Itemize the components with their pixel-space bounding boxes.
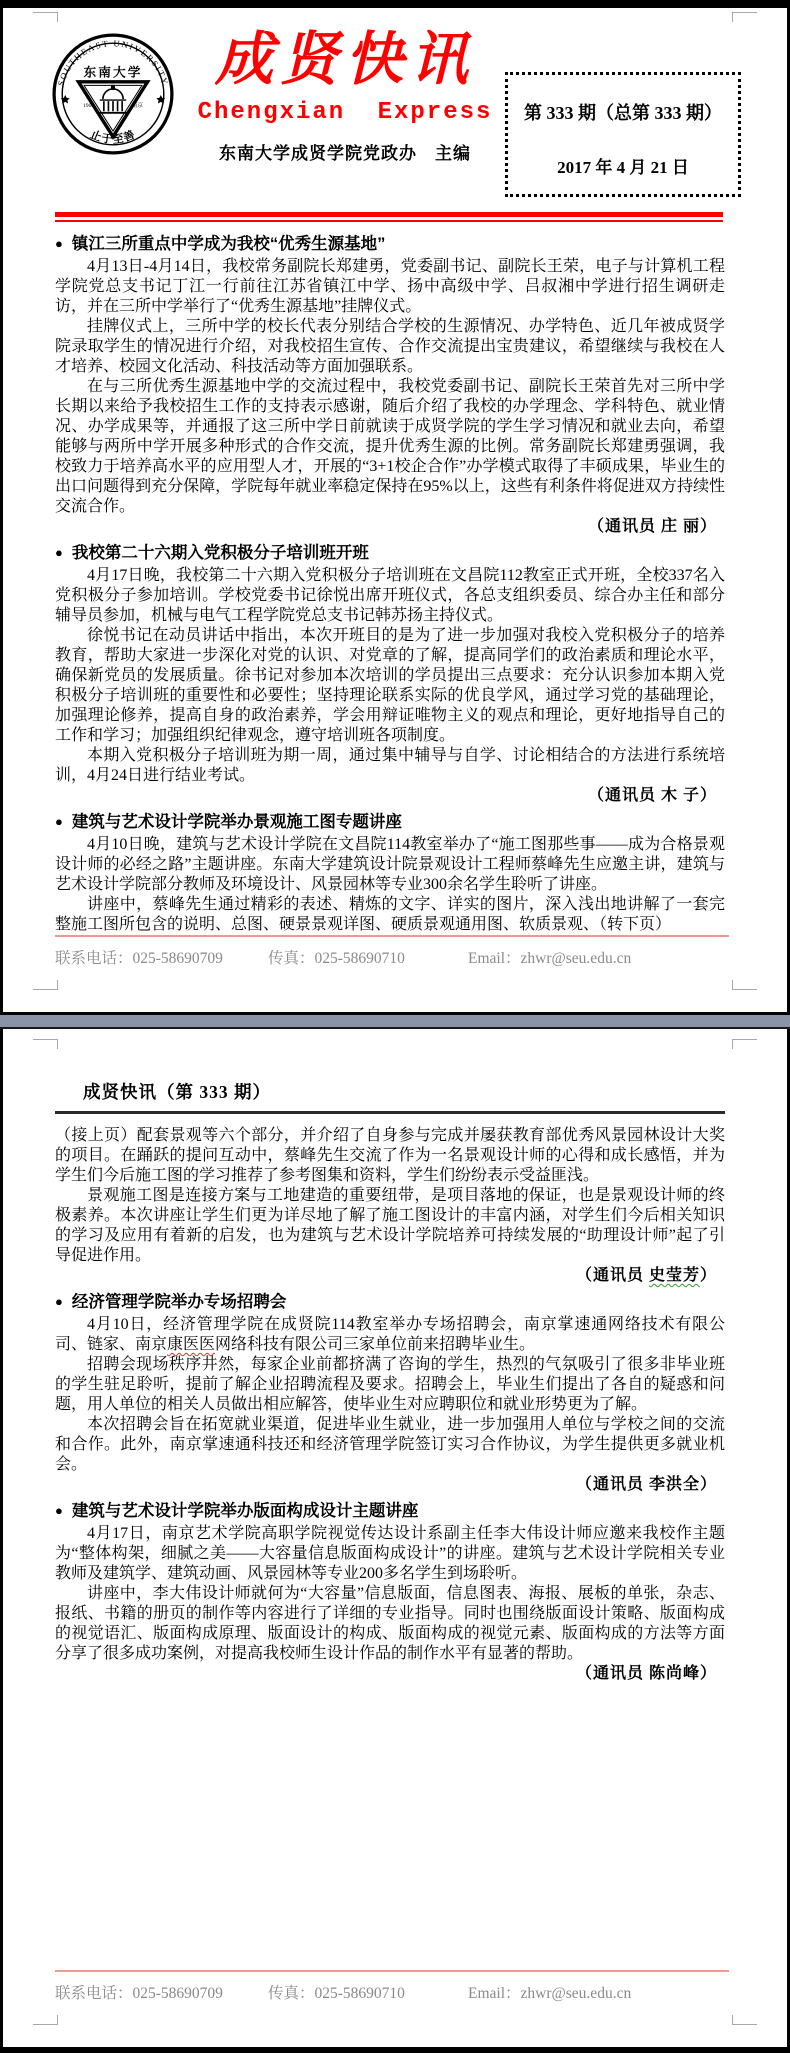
masthead: SOUTHEAST UNIVERSITY 止于至善 东南大学 xyxy=(3,8,787,197)
issue-box: 第 333 期（总第 333 期） 2017 年 4 月 21 日 xyxy=(505,72,741,197)
issue-date: 2017 年 4 月 21 日 xyxy=(512,153,734,178)
article-paragraph: 在与三所优秀生源基地中学的交流过程中，我校党委副书记、副院长王荣首先对三所中学长… xyxy=(55,377,725,517)
continuation-paragraph: （接上页）配套景观等六个部分，并介绍了自身参与完成并屡获教育部优秀风景园林设计大… xyxy=(55,1126,725,1186)
correspondent-byline: （通讯员 史莹芳） xyxy=(55,1266,725,1286)
headline-text: 建筑与艺术设计学院举办版面构成设计主题讲座 xyxy=(72,1502,419,1520)
publisher-line: 东南大学成贤学院党政办 主编 xyxy=(185,139,505,164)
footer-phone: 联系电话：025-58690709 xyxy=(55,946,268,968)
margin-mark xyxy=(33,12,58,22)
article-paragraph: 4月17日晚，我校第二十六期入党积极分子培训班在文昌院112教室正式开班，全校3… xyxy=(55,566,725,626)
page-footer: 联系电话：025-58690709传真：025-58690710Email：zh… xyxy=(55,935,729,968)
headline-text: 镇江三所重点中学成为我校“优秀生源基地” xyxy=(72,235,386,253)
footer-fax: 传真：025-58690710 xyxy=(268,1981,468,2003)
university-seal-logo: SOUTHEAST UNIVERSITY 止于至善 东南大学 xyxy=(45,30,185,163)
article-paragraph: 讲座中，蔡峰先生通过精彩的表述、精炼的文字、详实的图片，深入浅出地讲解了一套完整… xyxy=(55,895,725,935)
correspondent-byline: （通讯员 木 子） xyxy=(55,786,725,806)
article-paragraph: 4月10日，经济管理学院在成贤院114教室举办专场招聘会，南京掌速通网络技术有限… xyxy=(55,1315,725,1355)
spellcheck-flagged-word: 康医医 xyxy=(167,1336,215,1353)
seal-icon: SOUTHEAST UNIVERSITY 止于至善 东南大学 xyxy=(45,30,181,158)
byline-suffix: ） xyxy=(700,1267,717,1284)
bullet-icon: ● xyxy=(55,814,63,829)
margin-mark xyxy=(732,12,757,22)
masthead-divider xyxy=(55,212,723,222)
headline-text: 建筑与艺术设计学院举办景观施工图专题讲座 xyxy=(72,813,402,831)
article-paragraph: 挂牌仪式上，三所中学的校长代表分别结合学校的生源情况、办学特色、近几年被成贤学院… xyxy=(55,317,725,377)
headline-text: 经济管理学院举办专场招聘会 xyxy=(72,1293,287,1311)
correspondent-byline: （通讯员 陈尚峰） xyxy=(55,1664,725,1684)
footer-phone: 联系电话：025-58690709 xyxy=(55,1981,268,2003)
article-headline: ●我校第二十六期入党积极分子培训班开班 xyxy=(55,543,725,563)
bullet-icon: ● xyxy=(55,545,63,560)
page2-header: 成贤快讯（第 333 期） xyxy=(55,1079,725,1114)
footer-fax: 传真：025-58690710 xyxy=(268,946,468,968)
article-headline: ●建筑与艺术设计学院举办景观施工图专题讲座 xyxy=(55,812,725,832)
newsletter-title-cn: 成贤快讯 xyxy=(185,30,505,91)
article-headline: ●建筑与艺术设计学院举办版面构成设计主题讲座 xyxy=(55,1501,725,1521)
article-paragraph: 4月17日，南京艺术学院高职学院视觉传达设计系副主任李大伟设计师应邀来我校作主题… xyxy=(55,1524,725,1584)
dome-icon xyxy=(103,89,123,99)
article-headline: ●镇江三所重点中学成为我校“优秀生源基地” xyxy=(55,234,725,254)
correspondent-byline: （通讯员 李洪全） xyxy=(55,1475,725,1495)
article-paragraph: 本期入党积极分子培训班为期一周，通过集中辅导与自学、讨论相结合的方法进行系统培训… xyxy=(55,746,725,786)
article-paragraph: 4月13日-4月14日，我校常务副院长郑建勇，党委副书记、副院长王荣，电子与计算… xyxy=(55,257,725,317)
page2-content: （接上页）配套景观等六个部分，并介绍了自身参与完成并屡获教育部优秀风景园林设计大… xyxy=(55,1126,725,1684)
margin-mark xyxy=(732,980,757,990)
article-paragraph: 本次招聘会旨在拓宽就业渠道，促进毕业生就业，进一步加强用人单位与学校之间的交流和… xyxy=(55,1415,725,1475)
footer-divider xyxy=(55,935,729,937)
seal-city: 南京 xyxy=(132,101,144,109)
page2-header-divider xyxy=(55,1111,725,1114)
seal-year: 1902 xyxy=(83,103,95,109)
newsletter-page-2: 成贤快讯（第 333 期） （接上页）配套景观等六个部分，并介绍了自身参与完成并… xyxy=(3,1029,787,2047)
masthead-titles: 成贤快讯 Chengxian Express 东南大学成贤学院党政办 主编 xyxy=(185,30,505,164)
footer-email: Email：zhwr@seu.edu.cn xyxy=(468,950,631,967)
paragraph-segment: 网络科技有限公司三家单位前来招聘毕业生。 xyxy=(215,1336,535,1353)
margin-mark xyxy=(732,1039,757,1049)
bullet-icon: ● xyxy=(55,1294,63,1309)
newsletter-page-1: SOUTHEAST UNIVERSITY 止于至善 东南大学 xyxy=(3,8,787,1012)
article-paragraph: 讲座中，李大伟设计师就何为“大容量”信息版面，信息图表、海报、展板的单张，杂志、… xyxy=(55,1584,725,1664)
bullet-icon: ● xyxy=(55,236,63,251)
page2-header-title: 成贤快讯（第 333 期） xyxy=(83,1079,725,1104)
seal-university-cn: 东南大学 xyxy=(84,65,143,80)
page1-content: ●镇江三所重点中学成为我校“优秀生源基地” 4月13日-4月14日，我校常务副院… xyxy=(55,234,725,935)
headline-text: 我校第二十六期入党积极分子培训班开班 xyxy=(72,544,369,562)
page-separator xyxy=(0,1012,790,1029)
issue-number: 第 333 期（总第 333 期） xyxy=(512,99,734,125)
footer-contacts: 联系电话：025-58690709传真：025-58690710Email：zh… xyxy=(55,946,729,968)
newsletter-title-en: Chengxian Express xyxy=(185,99,505,126)
page-footer: 联系电话：025-58690709传真：025-58690710Email：zh… xyxy=(55,1970,729,2003)
footer-email: Email：zhwr@seu.edu.cn xyxy=(468,1985,631,2002)
margin-mark xyxy=(33,980,58,990)
article-headline: ●经济管理学院举办专场招聘会 xyxy=(55,1292,725,1312)
margin-mark xyxy=(33,2015,58,2025)
article-paragraph: 4月10日晚，建筑与艺术设计学院在文昌院114教室举办了“施工图那些事——成为合… xyxy=(55,835,725,895)
article-paragraph: 徐悦书记在动员讲话中指出，本次开班目的是为了进一步加强对我校入党积极分子的培养教… xyxy=(55,626,725,746)
footer-divider xyxy=(55,1970,729,1972)
article-paragraph: 招聘会现场秩序井然，每家企业前都挤满了咨询的学生，热烈的气氛吸引了很多非毕业班的… xyxy=(55,1355,725,1415)
bullet-icon: ● xyxy=(55,1503,63,1518)
article-paragraph: 景观施工图是连接方案与工地建造的重要纽带，是项目落地的保证，也是景观设计师的终极… xyxy=(55,1186,725,1266)
margin-mark xyxy=(732,2015,757,2025)
footer-contacts: 联系电话：025-58690709传真：025-58690710Email：zh… xyxy=(55,1981,729,2003)
margin-mark xyxy=(33,1039,58,1049)
correspondent-byline: （通讯员 庄 丽） xyxy=(55,517,725,537)
byline-name-spellcheck: 史莹芳 xyxy=(649,1267,700,1284)
byline-prefix: （通讯员 xyxy=(576,1267,649,1284)
